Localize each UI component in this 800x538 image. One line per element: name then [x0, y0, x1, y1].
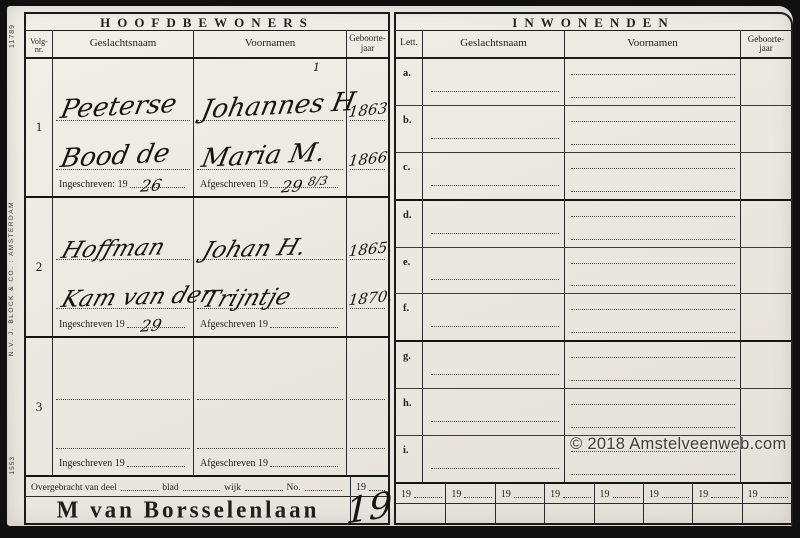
empty-cell	[396, 504, 445, 523]
year-prefix: 19	[401, 489, 411, 500]
block-1-voornamen-col: Johannes H 1 Maria M. Afgeschreven 19 29…	[193, 59, 346, 197]
dotted-fill	[514, 497, 541, 498]
row-letter: a.	[403, 68, 411, 79]
scanned-register-card: 11789 N.V. J. BLOCK & CO. : AMSTERDAM 15…	[0, 0, 800, 538]
year-prefix: 19	[649, 489, 659, 500]
col-header-geboortejaar: Geboorte- jaar	[740, 31, 791, 57]
empty-cell	[445, 504, 494, 523]
dotted-fill	[571, 332, 735, 333]
row-letter: g.	[403, 351, 411, 362]
hoofdbewoners-title: HOOFDBEWONERS	[26, 14, 388, 31]
year-prefix: 19	[748, 489, 758, 500]
firstname-cell	[564, 389, 740, 435]
dotted-fill	[563, 497, 590, 498]
firstname-cell	[564, 201, 740, 247]
dotted-fill	[571, 285, 735, 286]
dotted-fill	[270, 466, 338, 467]
empty-cell	[495, 504, 544, 523]
write-line	[53, 400, 193, 449]
ingeschreven-label: Ingeschreven: 19	[59, 179, 128, 190]
handwritten-birthyear: 1863	[348, 99, 389, 121]
row-letter: i.	[403, 445, 409, 456]
surname-cell	[422, 106, 564, 152]
year-cell: 19	[495, 484, 544, 503]
surname-cell	[422, 248, 564, 294]
dotted-fill	[571, 474, 735, 475]
empty-cell	[643, 504, 692, 523]
inwonenden-row-d: d.	[396, 199, 791, 247]
dotted-fill	[571, 239, 735, 240]
col-header-geboortejaar-line2: jaar	[759, 44, 773, 53]
firstname-cell	[564, 59, 740, 105]
dotted-fill	[464, 497, 491, 498]
afgeschreven-row: Afgeschreven 19 29 8/3	[194, 170, 346, 197]
col-header-voornamen-label: Voornamen	[627, 38, 678, 50]
col-header-voornamen: Voornamen	[564, 31, 740, 57]
write-line: 1865.	[347, 198, 388, 260]
dotted-fill	[711, 497, 738, 498]
hoofdbewoners-blocks: 1 Peeterse Bood de Ingeschreven: 19 26	[26, 59, 388, 476]
dotted-fill	[431, 326, 559, 327]
dotted-fill	[571, 121, 735, 122]
empty-bottom-row	[396, 503, 791, 523]
year-cell: 19	[692, 484, 741, 503]
col-header-geslachtsnaam: Geslachtsnaam	[52, 31, 193, 57]
empty-foot	[347, 449, 388, 476]
surname-cell	[422, 201, 564, 247]
spine-bottom-number: 1553	[9, 456, 16, 474]
empty-cell	[594, 504, 643, 523]
dotted-fill	[571, 144, 735, 145]
col-header-geslachtsnaam: Geslachtsnaam	[422, 31, 564, 57]
inwonenden-row-e: e.	[396, 247, 791, 294]
row-letter: d.	[403, 210, 411, 221]
spine-form-number: 11789	[9, 24, 16, 48]
write-line: Johannes H 1	[194, 59, 346, 121]
inwonenden-rows: a. b. c. d.	[396, 59, 791, 482]
col-header-lett: Lett.	[396, 31, 422, 57]
handwritten-ingeschreven-year: 29	[139, 315, 163, 335]
firstname-cell	[564, 153, 740, 199]
street-cell: M van Borsselenlaan	[26, 497, 350, 523]
dotted-fill	[571, 97, 735, 98]
birthyear-cell	[740, 201, 791, 247]
block-2-geboortejaar-col: 1865. 1870.	[346, 198, 388, 336]
row-letter: h.	[403, 398, 411, 409]
ingeschreven-row: Ingeschreven 19	[53, 449, 193, 476]
dotted-fill	[571, 309, 735, 310]
dotted-fill	[121, 490, 158, 491]
write-line	[347, 400, 388, 449]
surname-cell	[422, 436, 564, 482]
overgebracht-wijk-label: wijk	[224, 483, 241, 493]
write-line	[194, 400, 346, 449]
block-1-geslachtsnaam-col: Peeterse Bood de Ingeschreven: 19 26	[52, 59, 193, 197]
year-cell: 19	[445, 484, 494, 503]
dotted-fill	[431, 138, 559, 139]
write-line: Peeterse	[53, 59, 193, 121]
dotted-fill	[431, 233, 559, 234]
dotted-fill	[431, 468, 559, 469]
dotted-fill	[431, 91, 559, 92]
dotted-fill	[431, 279, 559, 280]
birthyear-cell	[740, 389, 791, 435]
write-line: 1866	[347, 121, 388, 170]
surname-cell	[422, 59, 564, 105]
block-1-geboortejaar-col: 1863 1866	[346, 59, 388, 197]
letter-cell: d.	[396, 201, 422, 247]
dotted-fill	[571, 191, 735, 192]
inwonenden-header-row: Lett. Geslachtsnaam Voornamen Geboorte- …	[396, 31, 791, 59]
empty-cell	[692, 504, 741, 523]
write-line: Maria M.	[194, 121, 346, 170]
hoofdbewoners-header-row: Volg- nr. Geslachtsnaam Voornamen Geboor…	[26, 31, 388, 59]
handwritten-street-year: 19	[345, 485, 392, 533]
inwonenden-row-g: g.	[396, 340, 791, 388]
surname-cell	[422, 342, 564, 388]
birthyear-cell	[740, 106, 791, 152]
dotted-fill	[431, 421, 559, 422]
col-header-volgnr: Volg- nr.	[26, 31, 52, 57]
handwritten-birthyear: 1866	[348, 148, 389, 170]
dotted-fill	[571, 427, 735, 428]
resident-block-2: 2 Hoffman Kam van der Ingeschreven 19 29	[26, 196, 388, 336]
ingeschreven-label: Ingeschreven 19	[59, 458, 125, 469]
dotted-fill	[761, 497, 788, 498]
year-prefix: 19	[600, 489, 610, 500]
firstname-cell	[564, 342, 740, 388]
dotted-fill	[127, 466, 185, 467]
block-2-geslachtsnaam-col: Hoffman Kam van der Ingeschreven 19 29	[52, 198, 193, 336]
col-header-geboortejaar: Geboorte- jaar	[346, 31, 388, 57]
spine-printer-imprint: N.V. J. BLOCK & CO. : AMSTERDAM	[8, 201, 15, 356]
col-header-geslachtsnaam-label: Geslachtsnaam	[460, 38, 527, 50]
year-cell: 19	[742, 484, 791, 503]
street-row: M van Borsselenlaan 19	[26, 496, 388, 523]
inwonenden-title: INWONENDEN	[396, 14, 791, 31]
year-cell: 19	[544, 484, 593, 503]
handwritten-annotation: 1	[313, 61, 320, 74]
dotted-fill	[613, 497, 640, 498]
dotted-fill	[245, 490, 282, 491]
overgebracht-deel-label: Overgebracht van deel	[31, 483, 117, 493]
afgeschreven-row: Afgeschreven 19	[194, 449, 346, 476]
write-line: Johan H.	[194, 198, 346, 260]
col-header-voornamen-label: Voornamen	[245, 38, 296, 50]
row-letter: b.	[403, 115, 411, 126]
dotted-fill	[431, 185, 559, 186]
block-1-number: 1	[26, 59, 52, 197]
handwritten-birthyear: 1870.	[348, 287, 394, 309]
year-prefix: 19	[550, 489, 560, 500]
empty-cell	[742, 504, 791, 523]
letter-cell: i.	[396, 436, 422, 482]
dotted-fill	[571, 263, 735, 264]
overgebracht-cell: Overgebracht van deel blad wijk No.	[26, 477, 350, 496]
inwonenden-row-a: a.	[396, 59, 791, 105]
write-line	[347, 338, 388, 400]
dotted-fill	[571, 74, 735, 75]
letter-cell: c.	[396, 153, 422, 199]
col-header-voornamen: Voornamen	[193, 31, 346, 57]
ingeschreven-row: Ingeschreven 19 29	[53, 309, 193, 336]
handwritten-ingeschreven-year: 26	[139, 175, 163, 195]
empty-foot	[347, 170, 388, 197]
write-line: Bood de	[53, 121, 193, 170]
afgeschreven-date-fraction: 8/3	[307, 174, 329, 189]
overgebracht-blad-label: blad	[162, 483, 178, 493]
empty-cell	[544, 504, 593, 523]
dotted-fill	[431, 374, 559, 375]
surname-cell	[422, 153, 564, 199]
dotted-fill	[662, 497, 689, 498]
afgeschreven-label: Afgeschreven 19	[200, 458, 268, 469]
surname-cell	[422, 389, 564, 435]
year-cell: 19	[643, 484, 692, 503]
handwritten-surname: Peeterse	[58, 89, 179, 125]
handwritten-birthyear: 1865.	[348, 238, 394, 260]
letter-cell: a.	[396, 59, 422, 105]
row-letter: c.	[403, 162, 410, 173]
dotted-fill	[571, 357, 735, 358]
handwritten-afgeschreven-year: 29 8/3	[280, 175, 329, 197]
year-prefix: 19	[698, 489, 708, 500]
write-line	[53, 338, 193, 400]
year-header-row: 19 19 19 19 19 19 19 19	[396, 482, 791, 503]
street-name: M van Borsselenlaan	[57, 496, 320, 523]
dotted-fill	[571, 168, 735, 169]
resident-block-1: 1 Peeterse Bood de Ingeschreven: 19 26	[26, 59, 388, 197]
empty-foot	[347, 309, 388, 336]
handwritten-firstname: Johannes H	[199, 87, 358, 125]
row-letter: e.	[403, 257, 410, 268]
letter-cell: e.	[396, 248, 422, 294]
dotted-fill	[571, 216, 735, 217]
letter-cell: h.	[396, 389, 422, 435]
birthyear-cell	[740, 153, 791, 199]
surname-cell	[422, 294, 564, 340]
col-header-geboortejaar-line2: jaar	[361, 44, 375, 53]
col-header-geslachtsnaam-label: Geslachtsnaam	[90, 38, 157, 50]
resident-block-3: 3 Ingeschreven 19 Afgeschreven 19	[26, 336, 388, 476]
letter-cell: b.	[396, 106, 422, 152]
birthyear-cell	[740, 294, 791, 340]
dotted-fill	[183, 490, 220, 491]
write-line: 1870.	[347, 260, 388, 309]
dotted-fill	[571, 404, 735, 405]
birthyear-cell	[740, 342, 791, 388]
col-header-volgnr-line2: nr.	[35, 46, 43, 54]
inwonenden-row-c: c.	[396, 152, 791, 199]
block-3-number: 3	[26, 338, 52, 476]
firstname-cell	[564, 106, 740, 152]
row-letter: f.	[403, 303, 409, 314]
inwonenden-row-b: b.	[396, 105, 791, 152]
inwonenden-row-h: h.	[396, 388, 791, 435]
letter-cell: g.	[396, 342, 422, 388]
year-prefix: 19	[501, 489, 511, 500]
letter-cell: f.	[396, 294, 422, 340]
firstname-cell	[564, 294, 740, 340]
block-2-number: 2	[26, 198, 52, 336]
write-line: Kam van der	[53, 260, 193, 309]
write-line: Trijntje	[194, 260, 346, 309]
dotted-fill	[270, 327, 338, 328]
hoofdbewoners-table: HOOFDBEWONERS Volg- nr. Geslachtsnaam Vo…	[24, 12, 390, 525]
afgeschreven-label: Afgeschreven 19	[200, 319, 268, 330]
block-2-voornamen-col: Johan H. Trijntje Afgeschreven 19	[193, 198, 346, 336]
ingeschreven-row: Ingeschreven: 19 26	[53, 170, 193, 197]
dotted-fill	[571, 380, 735, 381]
year-prefix: 19	[451, 489, 461, 500]
write-line: Hoffman	[53, 198, 193, 260]
col-header-lett-label: Lett.	[400, 39, 418, 49]
handwritten-firstname: Trijntje	[199, 284, 294, 313]
ingeschreven-label: Ingeschreven 19	[59, 319, 125, 330]
block-3-geboortejaar-col	[346, 338, 388, 476]
write-line	[194, 338, 346, 400]
handwritten-surname: Hoffman	[58, 235, 168, 264]
overgebracht-row: Overgebracht van deel blad wijk No. 19	[26, 475, 388, 496]
street-year-cell: 19	[350, 497, 388, 523]
handwritten-firstname: Maria M.	[199, 137, 328, 173]
afgeschreven-label: Afgeschreven 19	[200, 179, 268, 190]
overgebracht-no-label: No.	[287, 483, 301, 493]
afgeschreven-row: Afgeschreven 19	[194, 309, 346, 336]
inwonenden-row-f: f.	[396, 293, 791, 340]
dotted-fill	[305, 490, 342, 491]
handwritten-firstname: Johan H.	[199, 235, 310, 265]
firstname-cell	[564, 248, 740, 294]
copyright-watermark: © 2018 Amstelveenweb.com	[570, 435, 787, 454]
handwritten-surname: Bood de	[58, 138, 173, 174]
afgeschreven-value: 29	[280, 176, 304, 196]
birthyear-cell	[740, 248, 791, 294]
paper-sheet: 11789 N.V. J. BLOCK & CO. : AMSTERDAM 15…	[7, 6, 793, 526]
block-3-voornamen-col: Afgeschreven 19	[193, 338, 346, 476]
year-cell: 19	[396, 484, 445, 503]
dotted-fill	[414, 497, 442, 498]
year-cell: 19	[594, 484, 643, 503]
birthyear-cell	[740, 59, 791, 105]
block-3-geslachtsnaam-col: Ingeschreven 19	[52, 338, 193, 476]
